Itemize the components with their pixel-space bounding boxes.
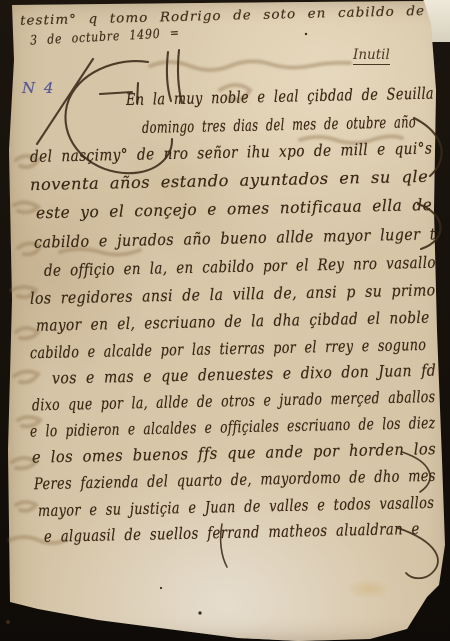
manuscript-photo: testim° q tomo Rodrigo de soto en cabild… bbox=[0, 0, 450, 641]
folio-number: N 4 bbox=[22, 78, 55, 97]
archival-note: Inutil bbox=[353, 44, 390, 63]
